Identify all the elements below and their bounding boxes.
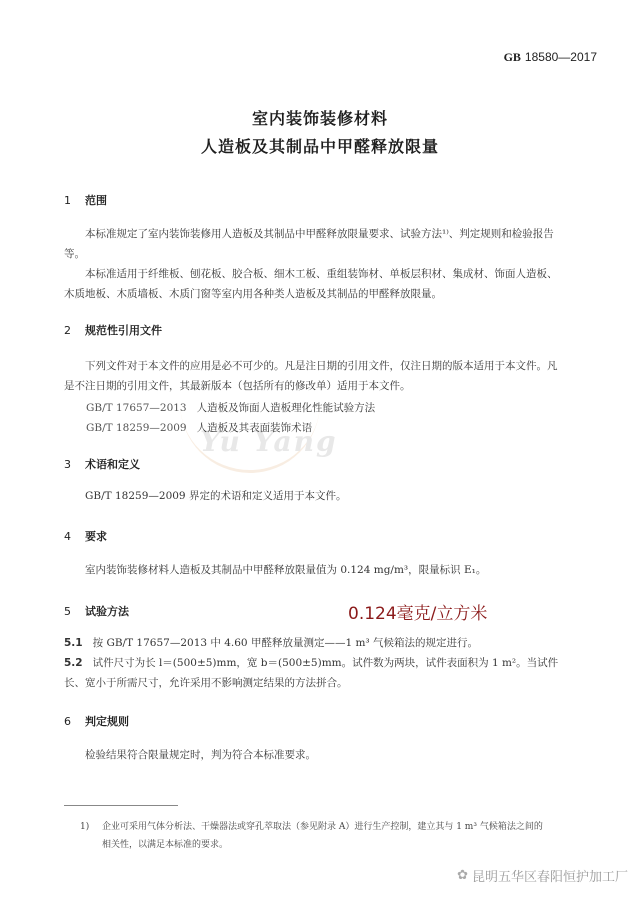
clause-text: 试件尺寸为长 l＝(500±5)mm，宽 b＝(500±5)mm。试件数为两块，…: [64, 657, 558, 689]
section-title: 要求: [85, 530, 107, 543]
footnote-marker: 1): [80, 818, 102, 836]
clause-5-1: 5.1按 GB/T 17657—2013 中 4.60 甲醛释放量测定——1 m…: [64, 633, 564, 653]
footnote: 1)企业可采用气体分析法、干燥器法或穿孔萃取法（参见附录 A）进行生产控制，建立…: [80, 818, 560, 854]
section-number: 2: [64, 324, 85, 337]
red-annotation: 0.124毫克/立方米: [348, 599, 487, 624]
reference-code: GB/T 18259—2009: [86, 422, 187, 434]
section-title: 术语和定义: [85, 458, 140, 471]
wechat-icon: ✿: [457, 868, 468, 883]
section-number: 6: [64, 715, 85, 728]
section-number: 4: [64, 530, 85, 543]
document-title-line2: 人造板及其制品中甲醛释放限量: [0, 134, 640, 157]
reference-item: GB/T 17657—2013人造板及饰面人造板理化性能试验方法: [86, 400, 375, 415]
footnote-divider: [64, 805, 178, 806]
section-heading-judgment: 6判定规则: [64, 713, 129, 729]
reference-name: 人造板及饰面人造板理化性能试验方法: [197, 402, 376, 414]
section-heading-test-methods: 5试验方法: [64, 603, 129, 619]
footnote-line2: 相关性，以满足本标准的要求。: [80, 836, 560, 854]
clause-5-2: 5.2试件尺寸为长 l＝(500±5)mm，宽 b＝(500±5)mm。试件数为…: [64, 653, 564, 693]
clause-number: 5.1: [64, 637, 83, 649]
terms-paragraph: GB/T 18259—2009 界定的术语和定义适用于本文件。: [64, 486, 564, 506]
section-heading-scope: 1范围: [64, 192, 107, 208]
section-title: 规范性引用文件: [85, 324, 162, 337]
section-heading-terms: 3术语和定义: [64, 456, 140, 472]
section-heading-requirements: 4要求: [64, 528, 107, 544]
standard-number: GB18580—2017: [504, 50, 597, 65]
requirements-paragraph: 室内装饰装修材料人造板及其制品中甲醛释放限量值为 0.124 mg/m³，限量标…: [64, 560, 564, 580]
document-title-line1: 室内装饰装修材料: [0, 106, 640, 129]
reference-item: GB/T 18259—2009人造板及其表面装饰术语: [86, 420, 312, 435]
scope-paragraph-2: 本标准适用于纤维板、刨花板、胶合板、细木工板、重组装饰材、单板层积材、集成材、饰…: [64, 264, 564, 304]
clause-text: 按 GB/T 17657—2013 中 4.60 甲醛释放量测定——1 m³ 气…: [93, 637, 478, 649]
section-number: 3: [64, 458, 85, 471]
section-title: 判定规则: [85, 715, 129, 728]
judgment-paragraph: 检验结果符合限量规定时，判为符合本标准要求。: [64, 745, 564, 765]
references-paragraph: 下列文件对于本文件的应用是必不可少的。凡是注日期的引用文件，仅注日期的版本适用于…: [64, 356, 564, 396]
standard-code: 18580—2017: [525, 50, 597, 64]
section-number: 1: [64, 194, 85, 207]
source-badge: ✿ 昆明五华区春阳恒护加工厂: [457, 866, 628, 885]
standard-prefix: GB: [504, 50, 521, 64]
source-badge-text: 昆明五华区春阳恒护加工厂: [472, 866, 628, 885]
section-title: 试验方法: [85, 605, 129, 618]
footnote-line1: 企业可采用气体分析法、干燥器法或穿孔萃取法（参见附录 A）进行生产控制，建立其与…: [102, 822, 543, 832]
scope-paragraph-1: 本标准规定了室内装饰装修用人造板及其制品中甲醛释放限量要求、试验方法¹⁾、判定规…: [64, 224, 564, 264]
section-title: 范围: [85, 194, 107, 207]
clause-number: 5.2: [64, 657, 83, 669]
section-heading-references: 2规范性引用文件: [64, 322, 162, 338]
section-number: 5: [64, 605, 85, 618]
reference-name: 人造板及其表面装饰术语: [197, 422, 313, 434]
reference-code: GB/T 17657—2013: [86, 402, 187, 414]
